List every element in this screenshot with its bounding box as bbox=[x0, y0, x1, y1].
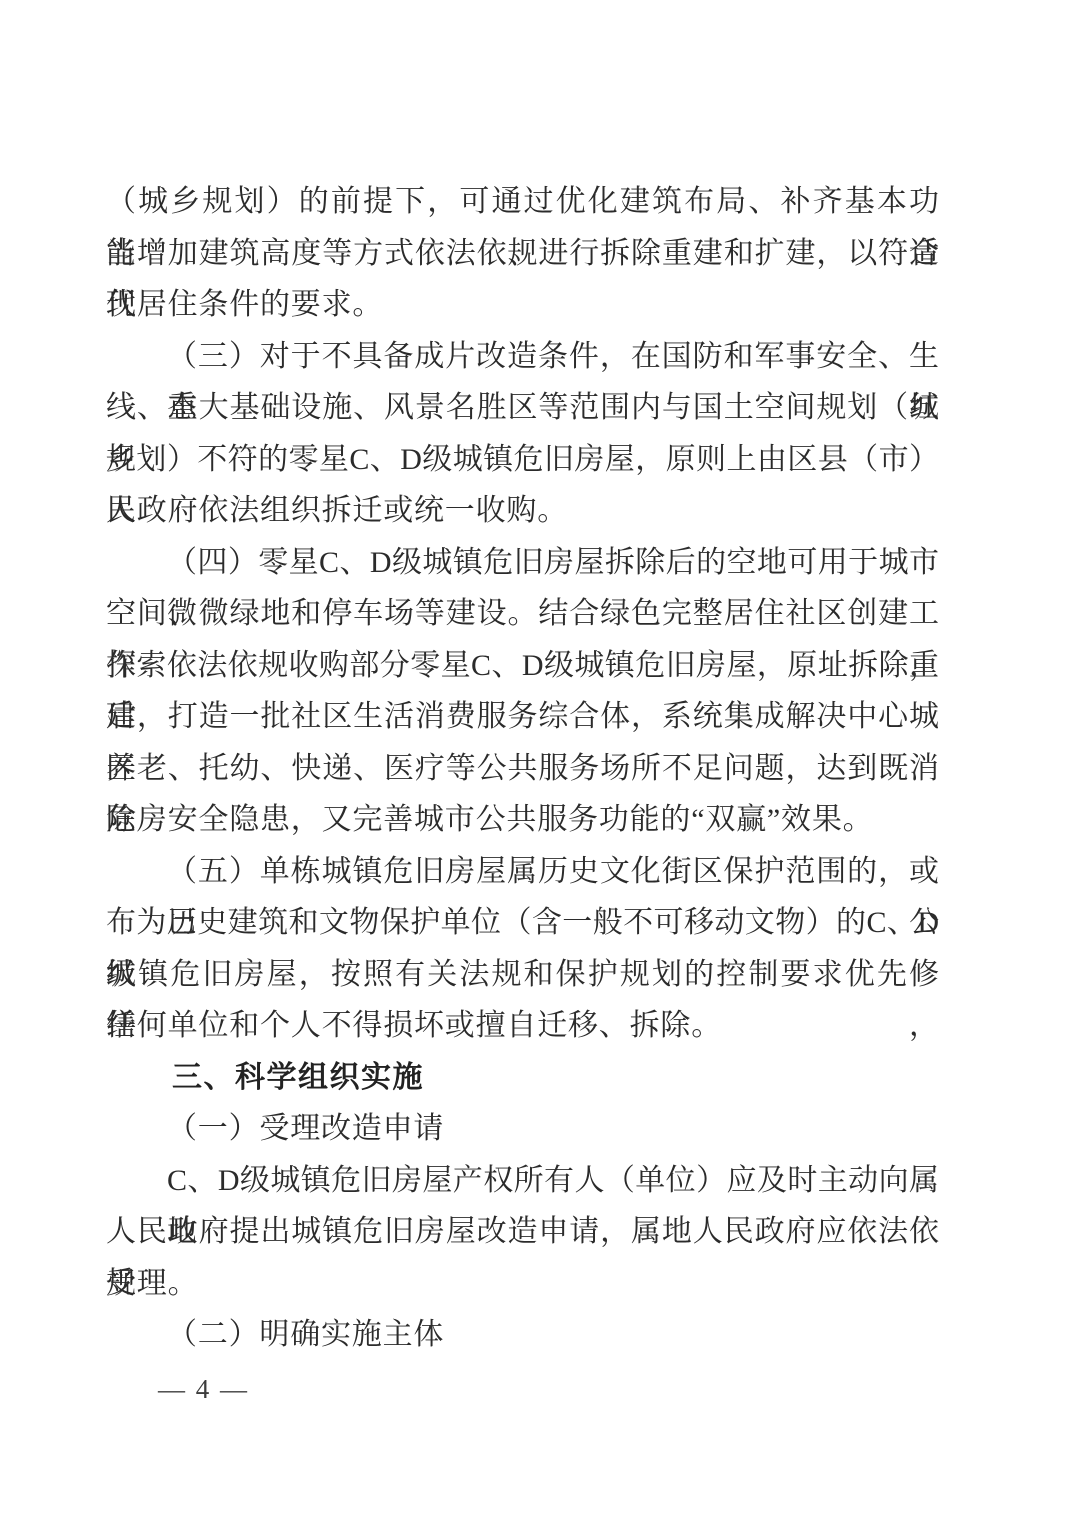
text-line: （五）单栋城镇危旧房屋属历史文化街区保护范围的，或已公 bbox=[106, 846, 939, 898]
text-line: 代居住条件的要求。 bbox=[106, 279, 939, 331]
text-line: C、D级城镇危旧房屋产权所有人（单位）应及时主动向属地 bbox=[106, 1155, 939, 1207]
text-line: 布为历史建筑和文物保护单位（含一般不可移动文物）的C、D级 bbox=[106, 897, 939, 949]
page-number: — 4 — bbox=[158, 1374, 249, 1405]
text-line: （一）受理改造申请 bbox=[106, 1103, 939, 1155]
section-heading: 三、科学组织实施 bbox=[106, 1052, 939, 1104]
text-line: 人民政府提出城镇危旧房屋改造申请，属地人民政府应依法依规 bbox=[106, 1206, 939, 1258]
text-line: 规划）不符的零星C、D级城镇危旧房屋，原则上由区县（市）人 bbox=[106, 434, 939, 486]
text-line: （二）明确实施主体 bbox=[106, 1309, 939, 1361]
text-line: 受理。 bbox=[106, 1258, 939, 1310]
text-line: 探索依法依规收购部分零星C、D级城镇危旧房屋，原址拆除重建 bbox=[106, 640, 939, 692]
text-line: 城镇危旧房屋，按照有关法规和保护规划的控制要求优先修缮， bbox=[106, 949, 939, 1001]
text-line: （三）对于不具备成片改造条件，在国防和军事安全、生态红 bbox=[106, 331, 939, 383]
text-line: 当增加建筑高度等方式依法依规进行拆除重建和扩建，以符合现 bbox=[106, 228, 939, 280]
text-line: （城乡规划）的前提下，可通过优化建筑布局、补齐基本功能、适 bbox=[106, 176, 939, 228]
text-line: 养老、托幼、快递、医疗等公共服务场所不足问题，达到既消除 bbox=[106, 743, 939, 795]
document-body: （城乡规划）的前提下，可通过优化建筑布局、补齐基本功能、适当增加建筑高度等方式依… bbox=[106, 176, 939, 1361]
text-line: 民政府依法组织拆迁或统一收购。 bbox=[106, 485, 939, 537]
text-line: 危房安全隐患，又完善城市公共服务功能的“双赢”效果。 bbox=[106, 794, 939, 846]
text-line: （四）零星C、D级城镇危旧房屋拆除后的空地可用于城市微 bbox=[106, 537, 939, 589]
text-line: 线、重大基础设施、风景名胜区等范围内与国土空间规划（城乡 bbox=[106, 382, 939, 434]
text-line: 后，打造一批社区生活消费服务综合体，系统集成解决中心城区 bbox=[106, 691, 939, 743]
document-page: （城乡规划）的前提下，可通过优化建筑布局、补齐基本功能、适当增加建筑高度等方式依… bbox=[0, 0, 1074, 1520]
text-line: 空间、微绿地和停车场等建设。结合绿色完整居住社区创建工作， bbox=[106, 588, 939, 640]
